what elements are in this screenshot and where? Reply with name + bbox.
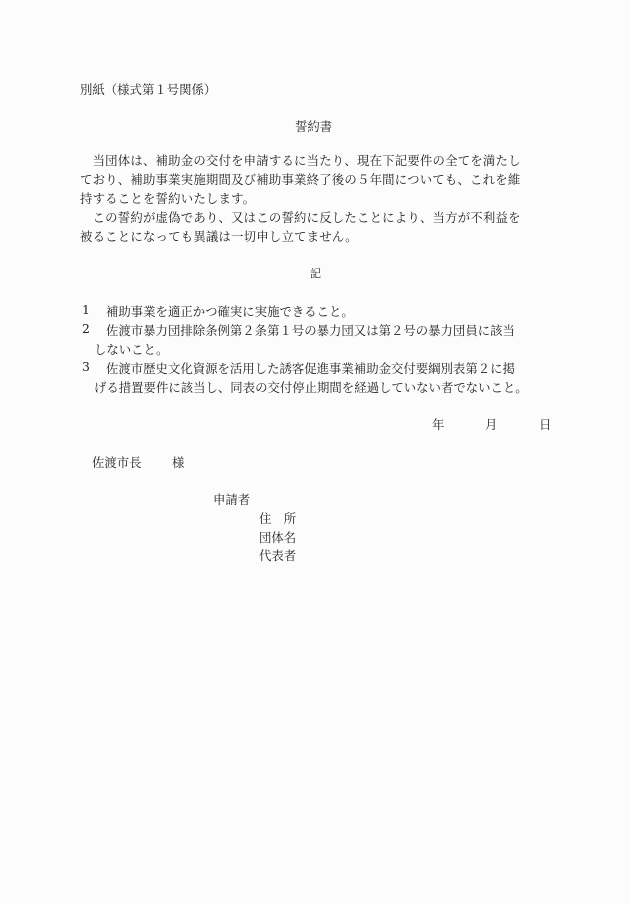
paragraph-line: 持することを誓約いたします。	[80, 189, 255, 207]
item-text: しないこと。	[94, 340, 168, 358]
item-text: げる措置要件に該当し、同表の交付停止期間を経過していない者でないこと。	[94, 378, 528, 396]
item-text: 佐渡市歴史文化資源を活用した誘客促進事業補助金交付要綱別表第２に掲	[106, 359, 515, 377]
month-label: 月	[485, 415, 497, 433]
item-text: 補助事業を適正かつ確実に実施できること。	[106, 302, 354, 320]
ki-label: 記	[310, 265, 321, 281]
paragraph-line: ており、補助事業実施期間及び補助事業終了後の５年間についても、これを維	[80, 170, 520, 188]
paragraph-line: 被ることになっても異議は一切申し立てません。	[80, 227, 358, 245]
paragraph-line: 当団体は、補助金の交付を申請するに当たり、現在下記要件の全てを満たし	[80, 151, 521, 169]
organization-field-label: 団体名	[259, 528, 296, 546]
year-label: 年	[432, 415, 444, 433]
item-number: 1	[82, 302, 90, 317]
item-number: 3	[82, 359, 90, 374]
addressee-honorific: 様	[172, 453, 184, 471]
representative-field-label: 代表者	[259, 546, 296, 564]
applicant-label: 申請者	[213, 490, 250, 508]
paragraph-line: この誓約が虚偽であり、又はこの誓約に反したことにより、当方が不利益を	[80, 208, 521, 226]
day-label: 日	[539, 415, 551, 433]
form-reference: 別紙（様式第１号関係）	[80, 80, 216, 98]
addressee-name: 佐渡市長	[92, 453, 142, 471]
item-number: 2	[82, 321, 90, 336]
address-field-label: 住 所	[259, 509, 296, 527]
document-title: 誓約書	[295, 117, 332, 135]
item-text: 佐渡市暴力団排除条例第２条第１号の暴力団又は第２号の暴力団員に該当	[106, 321, 515, 339]
